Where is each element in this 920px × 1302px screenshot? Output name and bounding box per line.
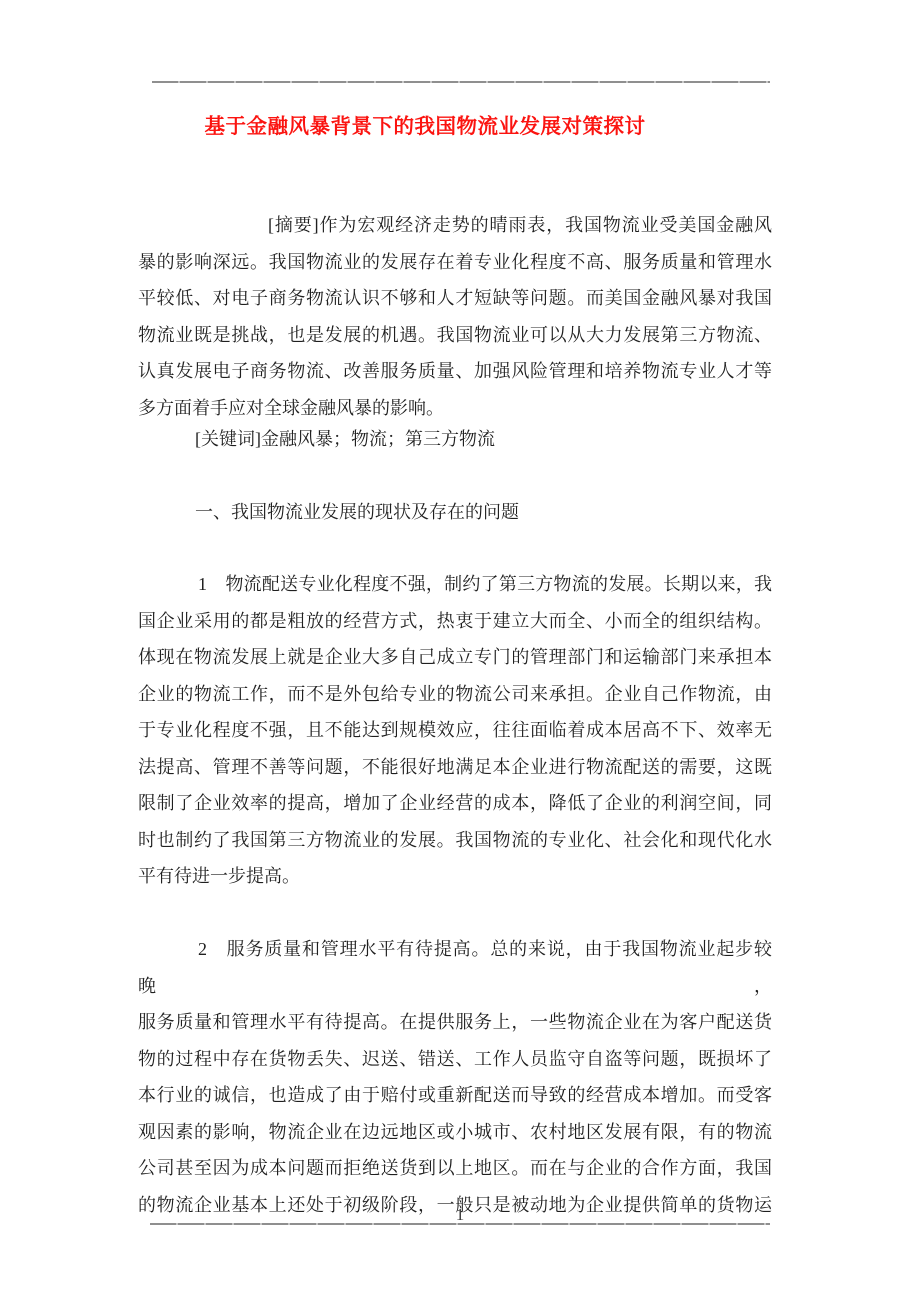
text-line: [摘要]作为宏观经济走势的晴雨表，我国物流业受美国金融风: [138, 207, 772, 244]
text-line: 观因素的影响，物流企业在边远地区或小城市、农村地区发展有限，有的物流: [138, 1114, 772, 1151]
abstract-paragraph: [摘要]作为宏观经济走势的晴雨表，我国物流业受美国金融风 暴的影响深远。我国物流…: [138, 207, 772, 426]
section-heading: 一、我国物流业发展的现状及存在的问题: [138, 494, 772, 531]
text-line: 认真发展电子商务物流、改善服务质量、加强风险管理和培养物流专业人才等: [138, 353, 772, 390]
header-rule: [152, 81, 770, 83]
body-paragraph-1: 1 物流配送专业化程度不强，制约了第三方物流的发展。长期以来，我 国企业采用的都…: [138, 566, 772, 895]
text-line: 暴的影响深远。我国物流业的发展存在着专业化程度不高、服务质量和管理水: [138, 244, 772, 281]
text-line: 法提高、管理不善等问题，不能很好地满足本企业进行物流配送的需要，这既: [138, 749, 772, 786]
body-paragraph-2: 2 服务质量和管理水平有待提高。总的来说，由于我国物流业起步较晚， 服务质量和管…: [138, 931, 772, 1223]
footer-rule: [150, 1223, 770, 1225]
section-heading-text: 一、我国物流业发展的现状及存在的问题: [138, 494, 772, 531]
text-line: 于专业化程度不强，且不能达到规模效应，往往面临着成本居高不下、效率无: [138, 712, 772, 749]
text-line: 2 服务质量和管理水平有待提高。总的来说，由于我国物流业起步较晚，: [138, 931, 772, 1004]
text-line: 1 物流配送专业化程度不强，制约了第三方物流的发展。长期以来，我: [138, 566, 772, 603]
text-line: 服务质量和管理水平有待提高。在提供服务上，一些物流企业在为客户配送货: [138, 1004, 772, 1041]
text-line: 本行业的诚信，也造成了由于赔付或重新配送而导致的经营成本增加。而受客: [138, 1077, 772, 1114]
text-line: 国企业采用的都是粗放的经营方式，热衷于建立大而全、小而全的组织结构。: [138, 603, 772, 640]
document-title: 基于金融风暴背景下的我国物流业发展对策探讨: [138, 112, 712, 142]
document-page: 基于金融风暴背景下的我国物流业发展对策探讨 [摘要]作为宏观经济走势的晴雨表，我…: [0, 0, 920, 1302]
text-line: 体现在物流发展上就是企业大多自己成立专门的管理部门和运输部门来承担本: [138, 639, 772, 676]
text-line: 限制了企业效率的提高，增加了企业经营的成本，降低了企业的利润空间，同: [138, 785, 772, 822]
page-number: 1: [150, 1205, 770, 1224]
text-line: 平有待进一步提高。: [138, 858, 772, 895]
text-line: 物流业既是挑战，也是发展的机遇。我国物流业可以从大力发展第三方物流、: [138, 317, 772, 354]
text-line: 企业的物流工作，而不是外包给专业的物流公司来承担。企业自己作物流，由: [138, 676, 772, 713]
keywords-line: [关键词]金融风暴；物流；第三方物流: [138, 421, 772, 458]
text-line: 公司甚至因为成本问题而拒绝送货到以上地区。而在与企业的合作方面，我国: [138, 1150, 772, 1187]
text-line: 物的过程中存在货物丢失、迟送、错送、工作人员监守自盗等问题，既损坏了: [138, 1041, 772, 1078]
text-line: 平较低、对电子商务物流认识不够和人才短缺等问题。而美国金融风暴对我国: [138, 280, 772, 317]
keywords-paragraph: [关键词]金融风暴；物流；第三方物流: [138, 421, 772, 458]
text-line: 时也制约了我国第三方物流业的发展。我国物流的专业化、社会化和现代化水: [138, 822, 772, 859]
